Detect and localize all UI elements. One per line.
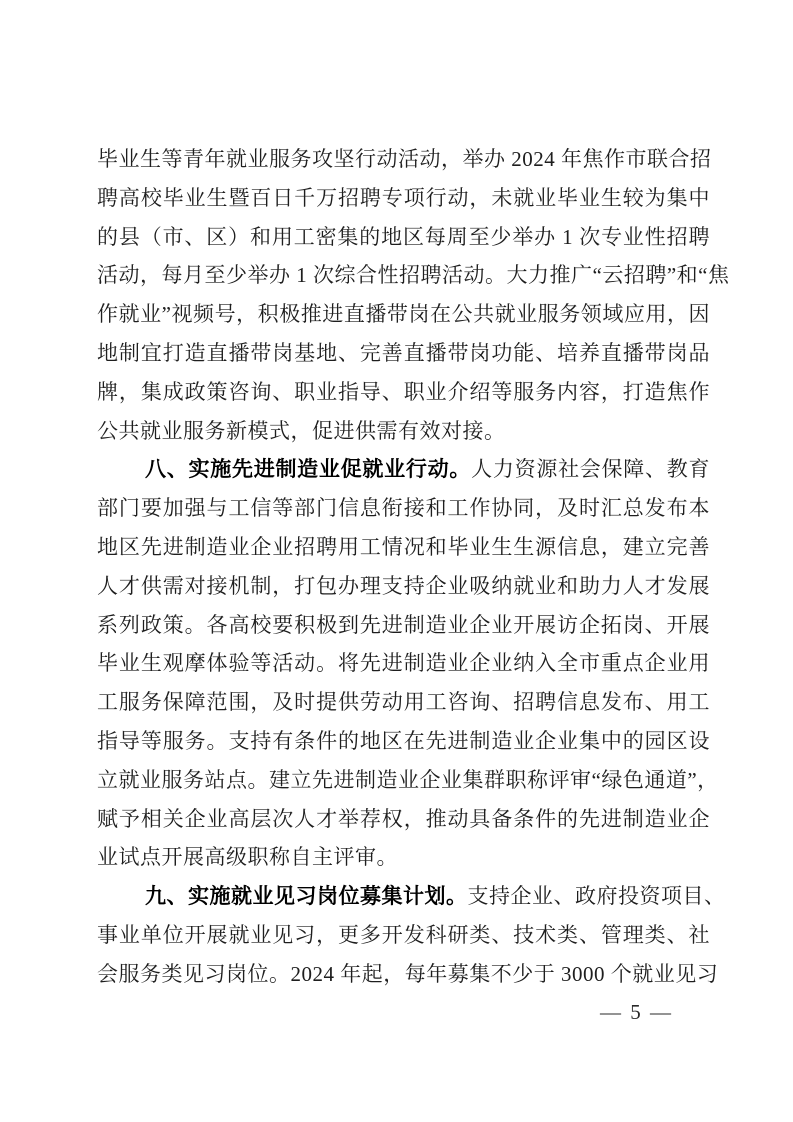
body-line: 业试点开展高级职称自主评审。 <box>97 838 710 877</box>
document-page: 毕业生等青年就业服务攻坚行动活动，举办 2024 年焦作市联合招 聘高校毕业生暨… <box>0 0 793 1122</box>
body-line: 赋予相关企业高层次人才举荐权，推动具备条件的先进制造业企 <box>97 800 710 839</box>
section-9-heading: 九、实施就业见习岗位募集计划。 <box>145 885 468 908</box>
section-heading-line: 八、实施先进制造业促就业行动。人力资源社会保障、教育 <box>97 450 710 489</box>
text-block: 毕业生等青年就业服务攻坚行动活动，举办 2024 年焦作市联合招 聘高校毕业生暨… <box>97 140 710 994</box>
body-line: 工服务保障范围，及时提供劳动用工咨询、招聘信息发布、用工 <box>97 683 710 722</box>
body-line: 毕业生观摩体验等活动。将先进制造业企业纳入全市重点企业用 <box>97 644 710 683</box>
body-line: 指导等服务。支持有条件的地区在先进制造业企业集中的园区设 <box>97 722 710 761</box>
section-8-heading: 八、实施先进制造业促就业行动。 <box>145 458 471 481</box>
body-line: 立就业服务站点。建立先进制造业企业集群职称评审“绿色通道”， <box>97 761 710 800</box>
body-line: 人才供需对接机制，打包办理支持企业吸纳就业和助力人才发展 <box>97 567 710 606</box>
body-line: 聘高校毕业生暨百日千万招聘专项行动，未就业毕业生较为集中 <box>97 179 710 218</box>
body-line: 公共就业服务新模式，促进供需有效对接。 <box>97 412 710 451</box>
body-line: 毕业生等青年就业服务攻坚行动活动，举办 2024 年焦作市联合招 <box>97 140 710 179</box>
body-line: 系列政策。各高校要积极到先进制造业企业开展访企拓岗、开展 <box>97 606 710 645</box>
body-line: 的县（市、区）和用工密集的地区每周至少举办 1 次专业性招聘 <box>97 218 710 257</box>
section-heading-line: 九、实施就业见习岗位募集计划。支持企业、政府投资项目、 <box>97 877 710 916</box>
body-line: 作就业”视频号，积极推进直播带岗在公共就业服务领域应用，因 <box>97 295 710 334</box>
body-line: 部门要加强与工信等部门信息衔接和工作协同，及时汇总发布本 <box>97 489 710 528</box>
body-line: 活动，每月至少举办 1 次综合性招聘活动。大力推广“云招聘”和“焦 <box>97 256 710 295</box>
body-line: 牌，集成政策咨询、职业指导、职业介绍等服务内容，打造焦作 <box>97 373 710 412</box>
body-line: 会服务类见习岗位。2024 年起，每年募集不少于 3000 个就业见习 <box>97 955 710 994</box>
section-8-heading-rest: 人力资源社会保障、教育 <box>471 457 710 481</box>
body-line: 地区先进制造业企业招聘用工情况和毕业生生源信息，建立完善 <box>97 528 710 567</box>
page-number: — 5 — <box>600 1000 673 1025</box>
body-line: 地制宜打造直播带岗基地、完善直播带岗功能、培养直播带岗品 <box>97 334 710 373</box>
body-line: 事业单位开展就业见习，更多开发科研类、技术类、管理类、社 <box>97 916 710 955</box>
section-9-heading-rest: 支持企业、政府投资项目、 <box>468 884 726 908</box>
